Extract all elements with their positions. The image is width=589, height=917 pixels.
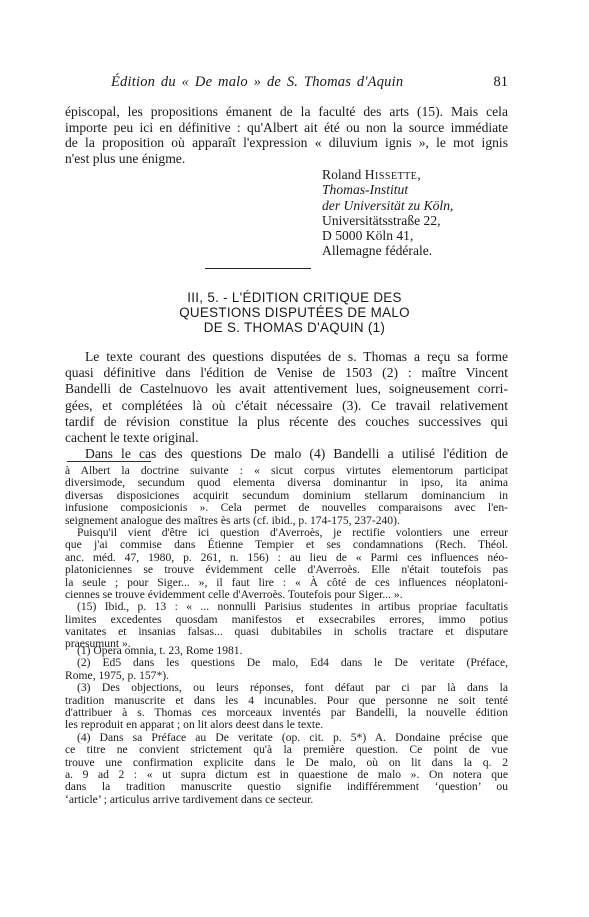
heading-line: III, 5. - L'ÉDITION CRITIQUE DES [100,290,489,305]
article-body: Le texte courant des questions disputées… [65,349,508,462]
country: Allemagne fédérale. [322,243,453,258]
footnote-line: vanitates et insanias falsas... quasi du… [65,626,508,638]
footnote-line: que j'ai commise dans Étienne Tempier et… [65,539,508,551]
section-separator [205,268,311,269]
heading-line: QUESTIONS DISPUTÉES DE MALO [100,305,489,320]
text-line: Dans le cas des questions De malo (4) Ba… [65,446,508,462]
heading-line: DE S. THOMAS D'AQUIN (1) [100,320,489,335]
footnote-line: ‘article’ ; articulus arrive tardivement… [65,794,508,806]
page-number: 81 [494,74,509,91]
continuation-paragraph: épiscopal, les propositions émanent de l… [65,104,508,166]
street-address: Universitätsstraße 22, [322,213,453,228]
running-header: Édition du « De malo » de S. Thomas d'Aq… [65,74,508,94]
footnote-line: diversimode, secundum quod elementa dive… [65,477,508,489]
text-line: de la proposition où apparaît l'expressi… [65,135,508,151]
text-line: gées, et complétées là où c'était nécess… [65,398,508,414]
footnote-line: platoniciennes se trouve évidemment cell… [65,564,508,576]
author-name: Roland Hissette, [322,167,453,182]
article-heading: III, 5. - L'ÉDITION CRITIQUE DES QUESTIO… [100,290,489,336]
footnote-line: infusione composicionis ». Cela permet d… [65,502,508,514]
text-line: épiscopal, les propositions émanent de l… [65,104,508,120]
footnote-3: (3) Des objections, ou leurs réponses, f… [65,682,508,694]
footnote-line: ce titre ne convient strictement qu'à la… [65,744,508,756]
author-last-name: Hissette, [365,167,422,182]
university: der Universität zu Köln, [322,198,453,213]
text-line: n'est plus une énigme. [65,151,508,167]
running-title: Édition du « De malo » de S. Thomas d'Aq… [111,74,403,91]
footnote-rule [67,461,151,462]
footnotes-continued: à Albert la doctrine suivante : « sicut … [65,465,508,651]
footnote-line: dans la tradition manuscrite questio sig… [65,781,508,793]
text-line: importe peu ici en définitive : qu'Alber… [65,120,508,136]
author-signature: Roland Hissette, Thomas-Institut der Uni… [322,167,453,259]
footnotes-article: (1) Opera omnia, t. 23, Rome 1981. (2) E… [65,645,508,806]
text-line: Bandelli de Castelnuovo les avait attent… [65,381,508,397]
text-line: tardif de révision constitue la plus réc… [65,414,508,430]
text-line: cachent le texte original. [65,430,508,446]
text-line: Le texte courant des questions disputées… [65,349,508,365]
footnote-line: les reproduit en apparat ; on lit alors … [65,719,508,731]
text-line: quasi définitive dans l'édition de Venis… [65,365,508,381]
institute: Thomas-Institut [322,182,453,197]
city: D 5000 Köln 41, [322,228,453,243]
footnote-2: (2) Ed5 dans les questions De malo, Ed4 … [65,657,508,669]
document-page: Édition du « De malo » de S. Thomas d'Aq… [0,0,589,917]
footnote-15: (15) Ibid., p. 13 : « ... nonnulli Paris… [65,601,508,613]
author-first-name: Roland [322,167,361,182]
